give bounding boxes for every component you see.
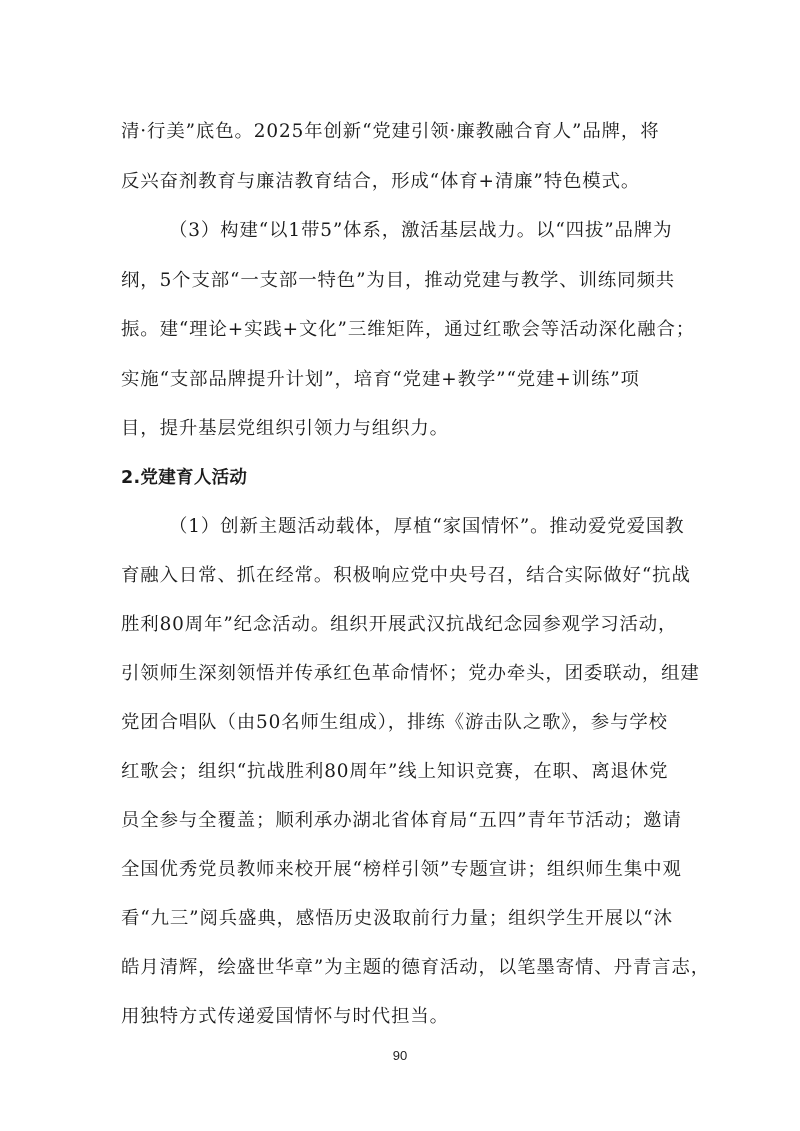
paragraph-line: 育融入日常、抓在经常。积极响应党中央号召，结合实际做好“抗战 [121,561,691,591]
paragraph-line: 引领师生深刻领悟并传承红色革命情怀；党办牵头，团委联动，组建 [121,659,700,689]
paragraph-line: 实施“支部品牌提升计划”，培育“党建+教学”“党建+训练”项 [121,365,640,395]
paragraph-line: 胜利80周年”纪念活动。组织开展武汉抗战纪念园参观学习活动， [121,610,677,640]
paragraph-line: 纲，5个支部“一支部一特色”为目，推动党建与教学、训练同频共 [121,266,675,296]
paragraph-line: 红歌会；组织“抗战胜利80周年”线上知识竞赛，在职、离退休党 [121,757,668,787]
paragraph-line: 目，提升基层党组织引领力与组织力。 [121,414,449,444]
paragraph-line: 党团合唱队（由50名师生组成），排练《游击队之歌》，参与学校 [121,708,668,738]
section-heading: 2.党建育人活动 [121,463,247,493]
paragraph-line: 反兴奋剂教育与廉洁教育结合，形成“体育+清廉”特色模式。 [121,167,640,197]
paragraph-line: 振。建“理论+实践+文化”三维矩阵，通过红歌会等活动深化融合； [121,315,695,345]
paragraph-line: 清·行美”底色。2025年创新“党建引领·廉教融合育人”品牌，将 [121,117,660,147]
paragraph-line: 员全参与全覆盖；顺利承办湖北省体育局“五四”青年节活动；邀请 [121,806,682,836]
page-number: 90 [0,1048,800,1063]
document-page: 清·行美”底色。2025年创新“党建引领·廉教融合育人”品牌，将反兴奋剂教育与廉… [0,0,800,1131]
paragraph-line: 全国优秀党员教师来校开展“榜样引领”专题宣讲；组织师生集中观 [121,855,682,885]
paragraph-line: （3）构建“以1带5”体系，激活基层战力。以“四拔”品牌为 [169,216,672,246]
paragraph-line: 看“九三”阅兵盛典，感悟历史汲取前行力量；组织学生开展以“沐 [121,904,673,934]
paragraph-line: （1）创新主题活动载体，厚植“家国情怀”。推动爱党爱国教 [169,512,684,542]
paragraph-line: 皓月清辉，绘盛世华章”为主题的德育活动，以笔墨寄情、丹青言志， [121,953,710,983]
paragraph-line: 用独特方式传递爱国情怀与时代担当。 [121,1002,449,1032]
